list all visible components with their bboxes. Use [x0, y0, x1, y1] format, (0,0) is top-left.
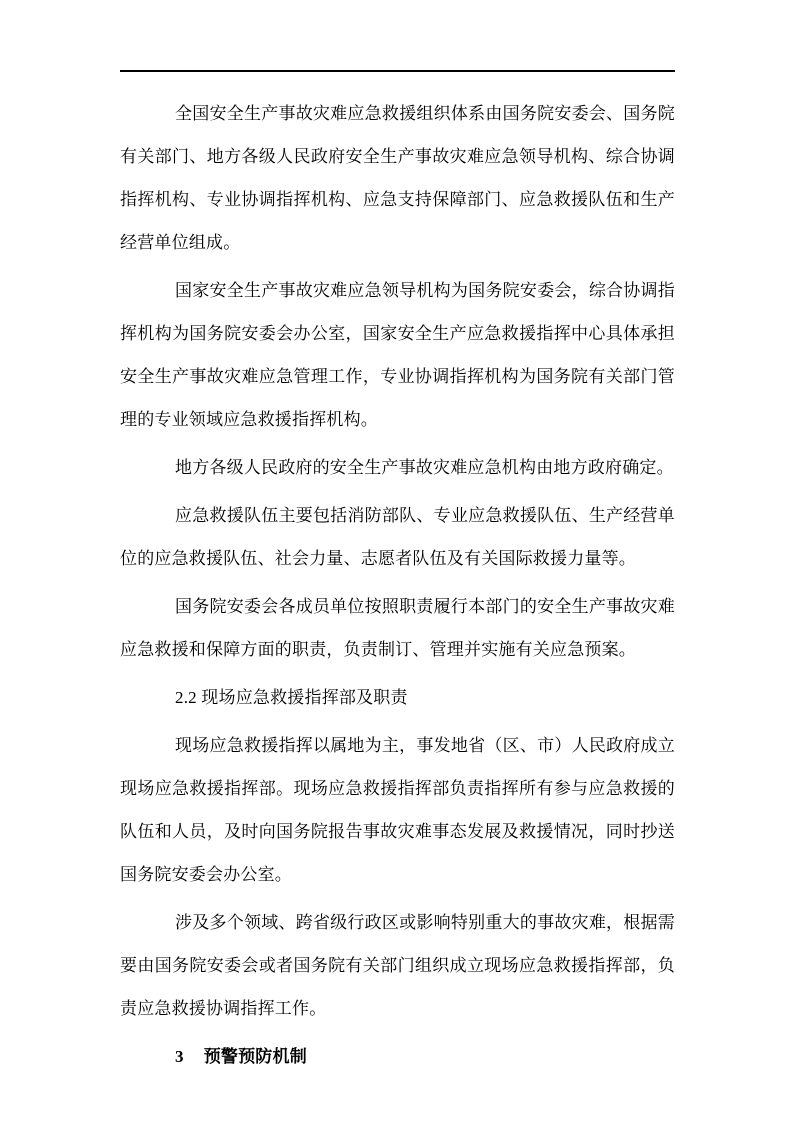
paragraph-rescue-teams: 应急救援队伍主要包括消防部队、专业应急救援队伍、生产经营单位的应急救援队伍、社会…	[120, 494, 675, 580]
document-page: 全国安全生产事故灾难应急救援组织体系由国务院安委会、国务院有关部门、地方各级人民…	[0, 0, 793, 1122]
paragraph-cross-region-command: 涉及多个领域、跨省级行政区或影响特别重大的事故灾难，根据需要由国务院安委会或者国…	[120, 901, 675, 1030]
paragraph-member-unit-duties: 国务院安委会各成员单位按照职责履行本部门的安全生产事故灾难应急救援和保障方面的职…	[120, 585, 675, 671]
paragraph-local-government-organs: 地方各级人民政府的安全生产事故灾难应急机构由地方政府确定。	[120, 446, 675, 489]
heading-text: 预警预防机制	[204, 1047, 307, 1066]
section-heading-3: 3预警预防机制	[120, 1035, 675, 1078]
paragraph-onsite-command: 现场应急救援指挥以属地为主，事发地省（区、市）人民政府成立现场应急救援指挥部。现…	[120, 724, 675, 896]
paragraph-national-leading-organs: 国家安全生产事故灾难应急领导机构为国务院安委会，综合协调指挥机构为国务院安委会办…	[120, 269, 675, 441]
paragraph-national-rescue-system: 全国安全生产事故灾难应急救援组织体系由国务院安委会、国务院有关部门、地方各级人民…	[120, 92, 675, 264]
header-separator-line	[120, 70, 675, 72]
section-heading-2-2: 2.2 现场应急救援指挥部及职责	[120, 676, 675, 719]
document-body: 全国安全生产事故灾难应急救援组织体系由国务院安委会、国务院有关部门、地方各级人民…	[120, 92, 675, 1083]
heading-number: 3	[175, 1047, 184, 1066]
